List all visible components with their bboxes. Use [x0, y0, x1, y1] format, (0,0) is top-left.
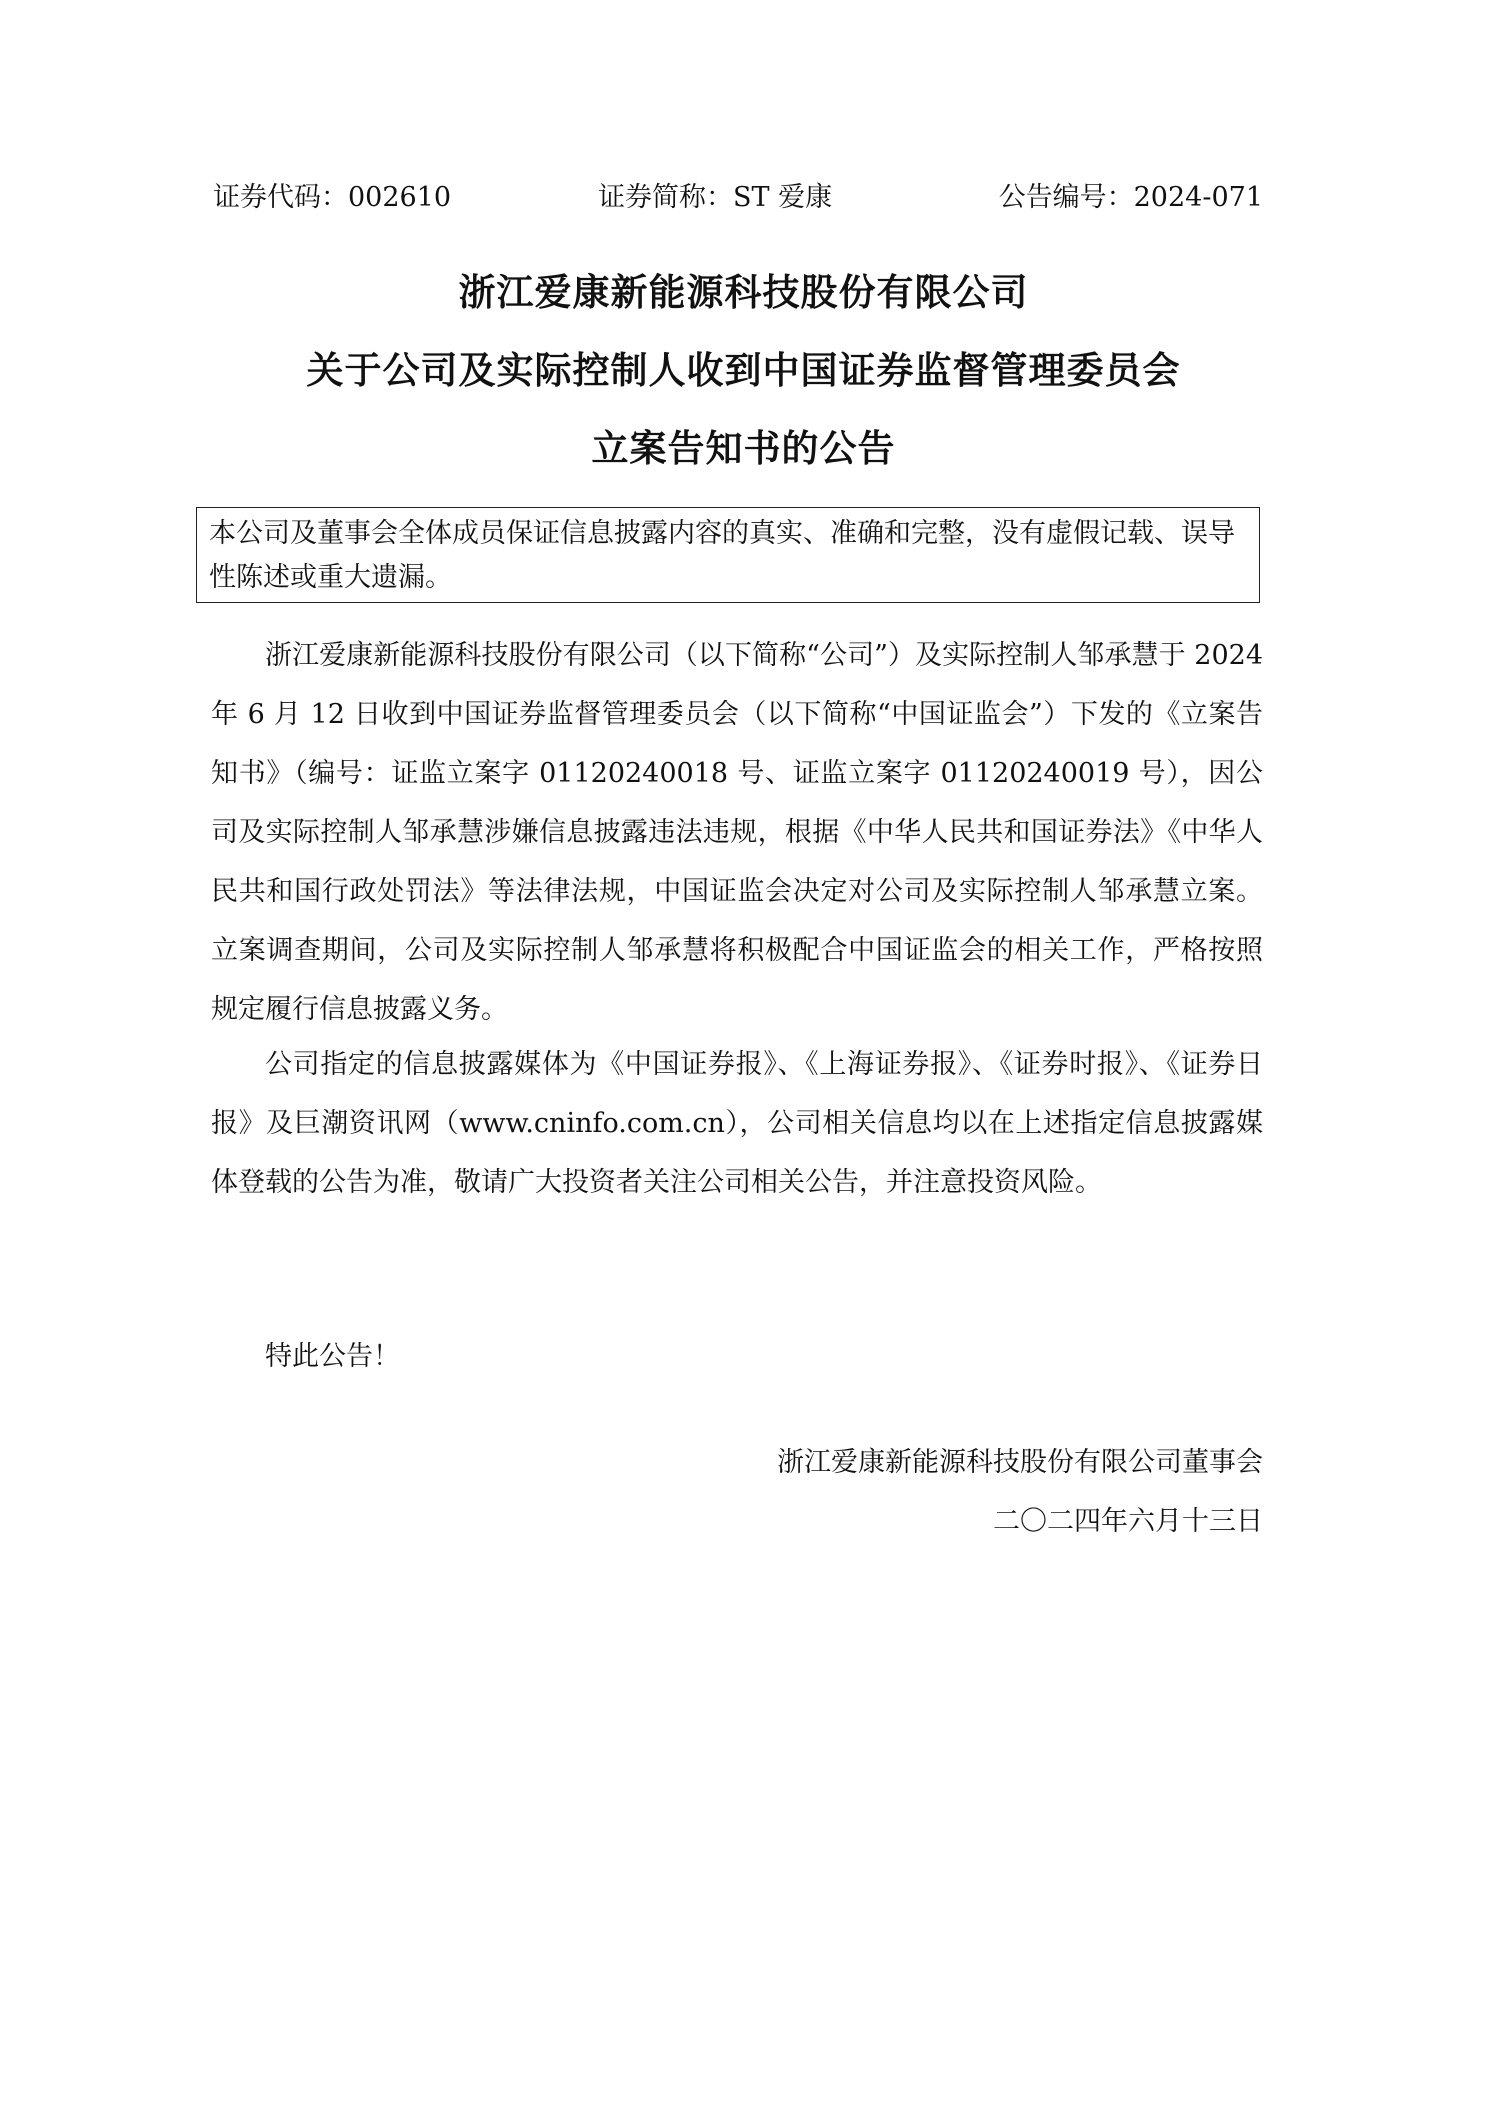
body-paragraph-media: 公司指定的信息披露媒体为《中国证券报》、《上海证券报》、《证券时报》、《证券日报…	[211, 1035, 1263, 1212]
announcement-number: 公告编号：2024-071	[999, 178, 1263, 218]
title-company: 浙江爱康新能源科技股份有限公司	[0, 268, 1487, 318]
stock-abbreviation: 证券简称：ST 爱康	[598, 178, 832, 218]
body-paragraph-case-filing: 浙江爱康新能源科技股份有限公司（以下简称“公司”）及实际控制人邹承慧于 2024…	[211, 626, 1263, 1039]
closing-statement: 特此公告！	[211, 1327, 1263, 1386]
stock-code: 证券代码：002610	[213, 178, 451, 218]
signature-date: 二〇二四年六月十三日	[993, 1502, 1263, 1542]
signature-issuer: 浙江爱康新能源科技股份有限公司董事会	[777, 1443, 1263, 1483]
document-header: 证券代码：002610 证券简称：ST 爱康 公告编号：2024-071	[213, 178, 1263, 218]
title-subject: 关于公司及实际控制人收到中国证券监督管理委员会	[0, 346, 1487, 396]
title-subject-cont: 立案告知书的公告	[0, 424, 1487, 474]
disclosure-guarantee-box: 本公司及董事会全体成员保证信息披露内容的真实、准确和完整，没有虚假记载、误导性陈…	[196, 507, 1260, 603]
